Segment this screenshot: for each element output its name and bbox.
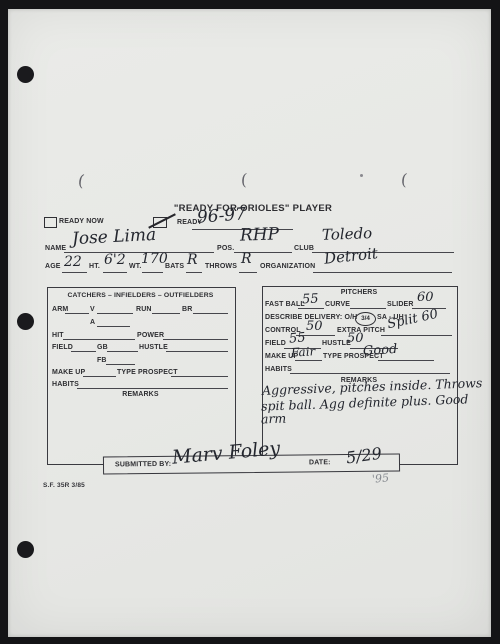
blank-line: [62, 272, 87, 273]
field-label: FIELD: [52, 344, 73, 351]
type-prospect-label: TYPE PROSPECT: [117, 369, 178, 376]
make-up-label: MAKE UP: [52, 369, 85, 376]
hole-punch: [17, 541, 34, 558]
hole-punch: [17, 313, 34, 330]
pitcher-field-label: FIELD: [265, 340, 286, 347]
blank-line: [193, 313, 228, 314]
pitcher-hustle-value: 50: [347, 332, 364, 345]
blank-line: [171, 376, 228, 377]
blank-line: [77, 388, 228, 389]
blank-line: [97, 313, 133, 314]
control-value: 50: [306, 320, 323, 333]
blank-line: [106, 364, 135, 365]
remarks-header: REMARKS: [47, 391, 234, 398]
ready-years-value: 96-97: [196, 206, 246, 226]
blank-line: [239, 272, 257, 273]
blank-line: [186, 272, 202, 273]
blank-line: [378, 360, 434, 361]
form-code: S.F. 35R 3/85: [43, 482, 85, 489]
height-value: 6'2: [104, 253, 126, 267]
bats-value: R: [187, 253, 198, 267]
blank-line: [103, 272, 127, 273]
blank-line: [83, 376, 116, 377]
pitcher-type-prospect-value: Good: [363, 343, 398, 358]
hit-label: HIT: [52, 332, 64, 339]
blank-line: [152, 313, 180, 314]
club-value: Toledo: [322, 226, 373, 243]
position-players-header: CATCHERS – INFIELDERS – OUTFIELDERS: [47, 292, 234, 299]
age-value: 22: [64, 255, 82, 269]
blank-line: [298, 308, 324, 309]
v-label: V: [90, 306, 95, 313]
pitcher-habits-label: HABITS: [265, 366, 292, 373]
scanned-scouting-report: ( ( ( "READY FOR ORIOLES" PLAYER READY N…: [0, 0, 500, 644]
remarks-line: arm: [261, 413, 287, 426]
blank-line: [313, 272, 452, 273]
blank-line: [65, 313, 89, 314]
date-year-note: '95: [372, 472, 390, 484]
pitcher-field-value: 55: [288, 331, 306, 345]
blank-line: [166, 351, 228, 352]
age-label: AGE: [45, 263, 61, 270]
blank-line: [63, 339, 135, 340]
power-label: POWER: [137, 332, 164, 339]
blank-line: [142, 272, 163, 273]
slider-value: 60: [417, 291, 434, 304]
pitcher-make-up-value: Fair: [291, 345, 316, 359]
submitted-by-label: SUBMITTED BY:: [115, 461, 171, 469]
blank-line: [97, 326, 130, 327]
ready-now-label: READY NOW: [59, 218, 104, 225]
name-label: NAME: [45, 245, 66, 252]
speck: [360, 174, 363, 177]
weight-value: 170: [141, 252, 168, 266]
form-title: "READY FOR ORIOLES" PLAYER: [128, 203, 378, 214]
height-label: HT.: [89, 263, 100, 270]
arm-label: ARM: [52, 306, 68, 313]
name-value: Jose Lima: [72, 227, 157, 248]
date-label: DATE:: [309, 459, 331, 466]
organization-label: ORGANIZATION: [260, 263, 315, 270]
throws-value: R: [241, 252, 252, 266]
pos-label: POS.: [217, 245, 234, 252]
curve-label: CURVE: [325, 301, 350, 308]
ready-now-checkbox: [44, 217, 57, 228]
fb-label: FB: [97, 357, 107, 364]
run-label: RUN: [136, 306, 152, 313]
blank-line: [163, 339, 228, 340]
habits-label: HABITS: [52, 381, 79, 388]
throws-label: THROWS: [205, 263, 237, 270]
hustle-label: HUSTLE: [139, 344, 168, 351]
fast-ball-value: 55: [302, 293, 319, 307]
br-label: BR: [182, 306, 192, 313]
slider-label: SLIDER: [387, 301, 414, 308]
weight-label: WT.: [129, 263, 142, 270]
blank-line: [71, 351, 96, 352]
gb-label: GB: [97, 344, 108, 351]
blank-line: [381, 335, 452, 336]
blank-line: [107, 351, 138, 352]
hole-punch: [17, 66, 34, 83]
fast-ball-label: FAST BALL: [265, 301, 305, 308]
bats-label: BATS: [165, 263, 184, 270]
pos-value: RHP: [240, 226, 280, 244]
blank-line: [290, 373, 450, 374]
blank-line: [350, 308, 386, 309]
delivery-circled-option: 3/4: [355, 312, 376, 326]
a-label: A: [90, 319, 95, 326]
club-label: CLUB: [294, 245, 314, 252]
blank-line: [295, 360, 322, 361]
pen-mark: (: [240, 172, 247, 188]
